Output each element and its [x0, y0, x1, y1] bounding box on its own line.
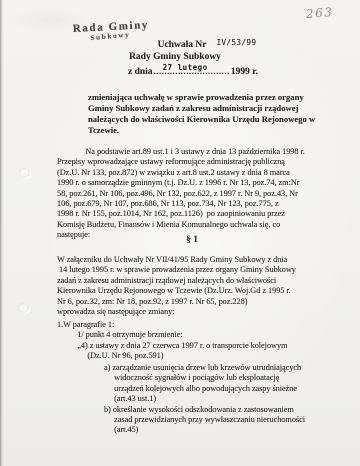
punch-hole-bottom [18, 303, 29, 313]
resolution-number: IV/53/99 [216, 38, 256, 47]
rada-gminy-stamp: Rada Gminy Subkowy [73, 19, 150, 42]
section-1-heading: § 1 [12, 235, 360, 245]
issuing-body-line: Rady Gminy Subkowy [0, 52, 355, 62]
date-fill-in-area: ............................27 lutego [154, 66, 230, 77]
resolution-date-line: z dnia............................27 lut… [128, 66, 258, 77]
amendment-intro: 1.W paragrafie 1: 1/ punkt 4 otrzymuje b… [57, 320, 287, 362]
date-prefix-label: z dnia [128, 67, 153, 77]
resolution-title-line: Uchwała NrIV/53/99 [27, 40, 360, 50]
scan-edge-shadow [0, 0, 3, 466]
typed-date-value: 27 lutego [163, 63, 208, 72]
punch-hole-top [19, 168, 30, 178]
scanned-document-page: 263 Rada Gminy Subkowy Uchwała NrIV/53/9… [0, 0, 360, 466]
legal-preamble: Na podstawie art.89 ust.1 i 3 ustawy z d… [57, 147, 305, 241]
resolution-title-label: Uchwała Nr [158, 40, 207, 50]
resolution-subject: zmieniająca uchwałę w sprawie prowadzeni… [88, 92, 315, 136]
amendment-letter-items: a) zarządzanie usunięcia drzew lub krzew… [104, 363, 305, 436]
handwritten-page-number: 263 [306, 5, 334, 21]
section-1-paragraph: W załączniku do Uchwały Nr VII/41/95 Rad… [57, 255, 296, 317]
date-year-label: 1999 r. [231, 67, 258, 77]
